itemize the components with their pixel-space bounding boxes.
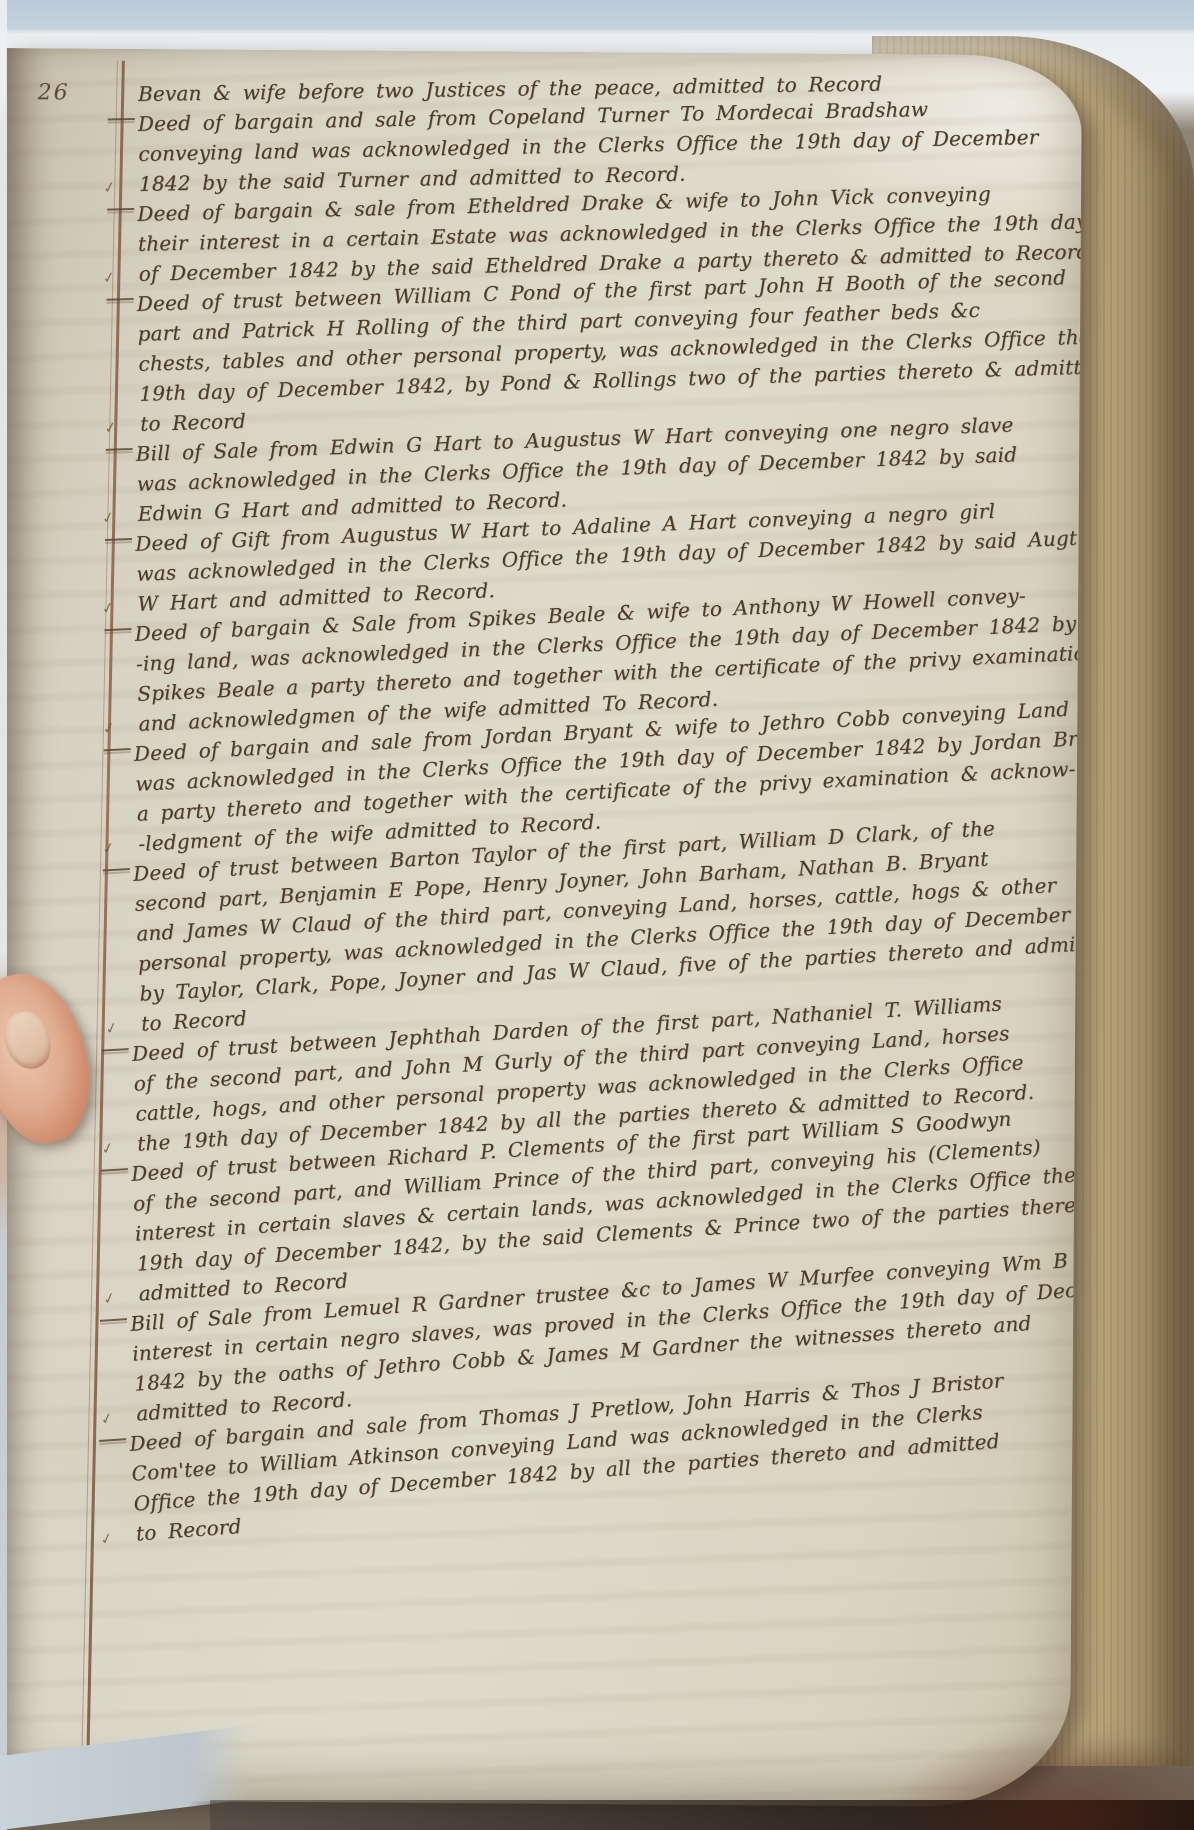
fingernail (0, 1007, 56, 1074)
ledger-entries: Bevan & wife before two Justices of the … (128, 79, 1046, 1555)
photo-left-edge (0, 0, 7, 1830)
shadow-bottom-right (734, 1470, 1194, 1830)
page-number: 26 (38, 80, 70, 105)
photo-of-deed-book: 26 Bevan & wife before two Justices of t… (0, 0, 1194, 1830)
